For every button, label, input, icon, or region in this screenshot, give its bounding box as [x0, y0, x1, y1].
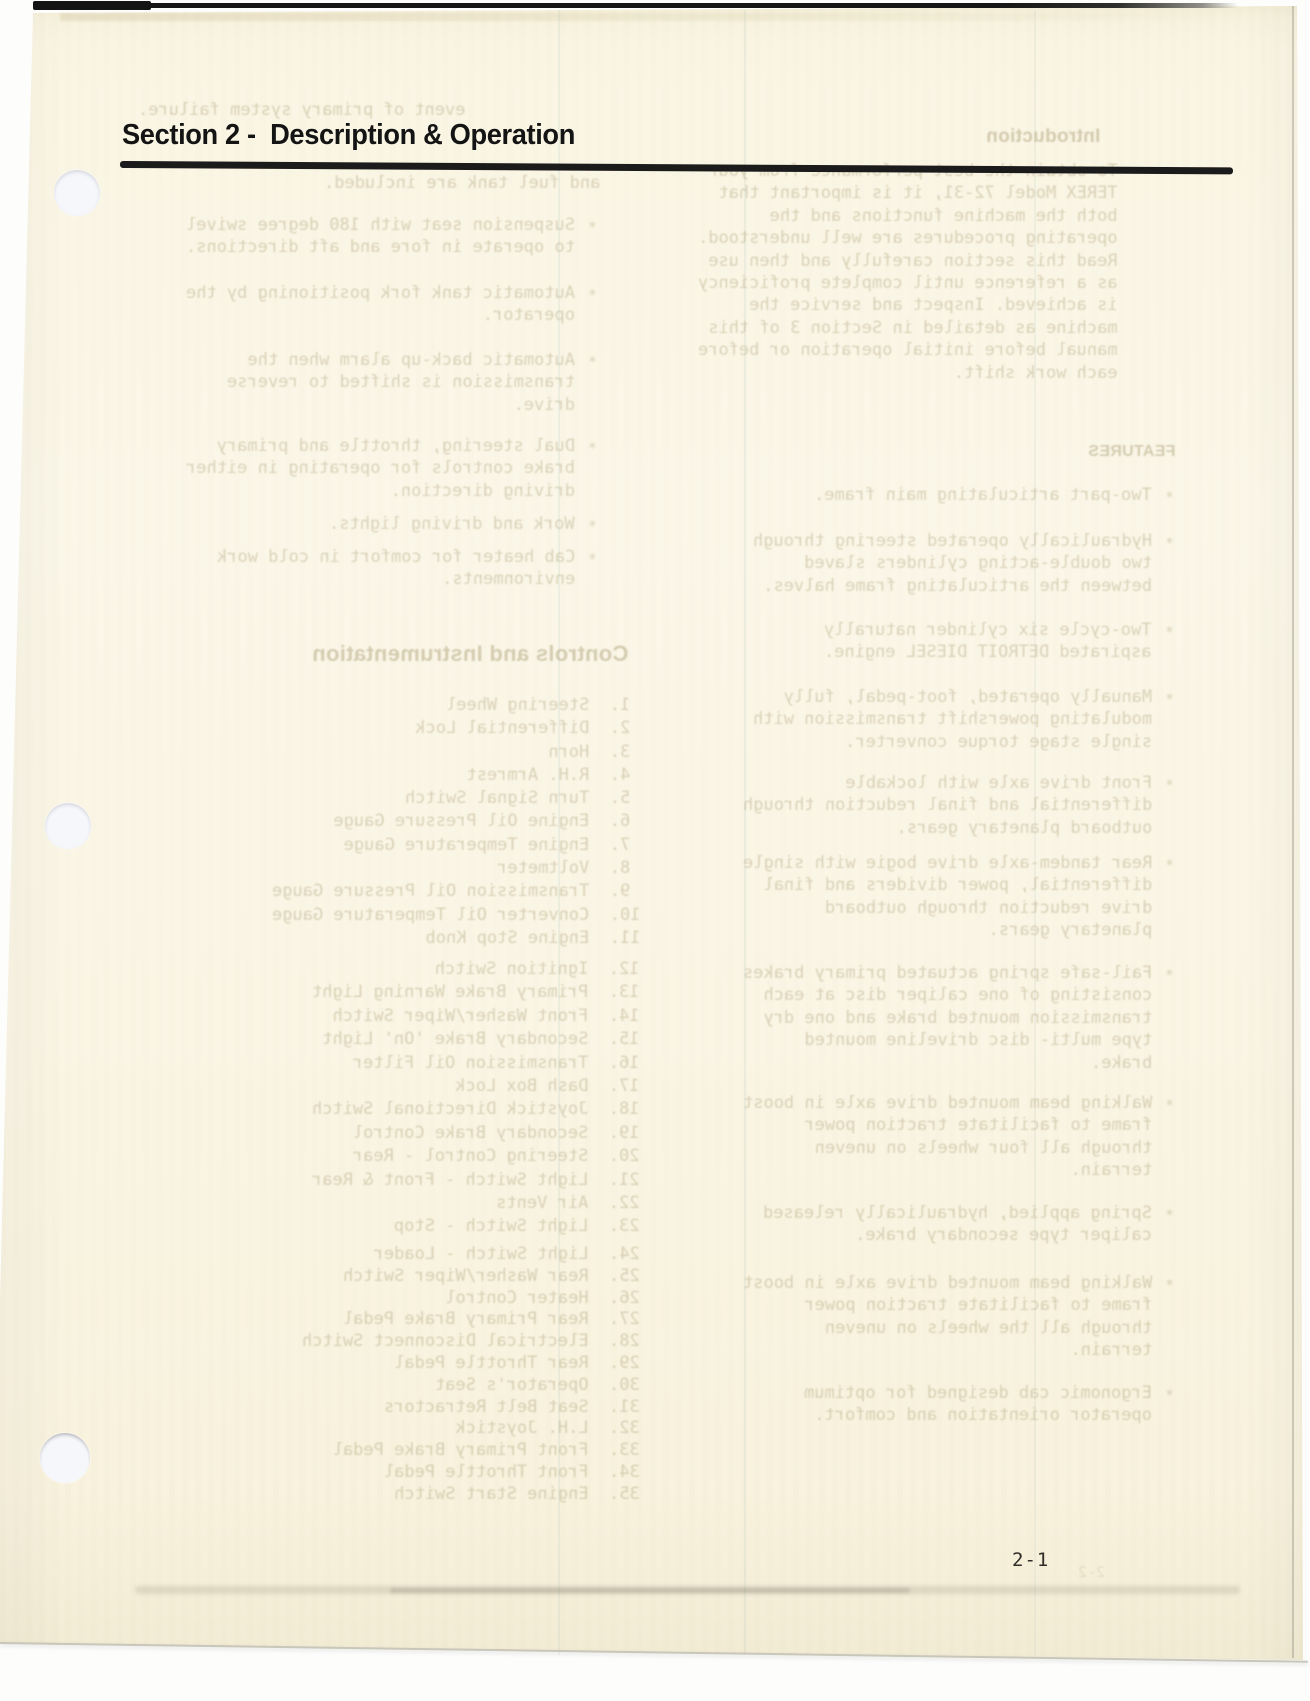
- bleedthrough-intro-heading: Introduction: [986, 126, 1100, 148]
- bleedthrough-feat-3: Two-cycle six cylinder naturally aspirat…: [824, 619, 1152, 664]
- bleedthrough-bullet-left-a: *: [588, 216, 597, 238]
- bleedthrough-bullet-feat-7: *: [1165, 964, 1174, 986]
- bleedthrough-cut-line-under-rule: and fuel tank are included.: [324, 172, 600, 194]
- paper-right-edge: [1292, 6, 1294, 1658]
- punch-hole-top: [54, 170, 100, 216]
- section-title: Section 2 - Description & Operation: [122, 119, 575, 152]
- bleedthrough-bullet-feat-5: *: [1165, 774, 1174, 796]
- bleedthrough-left-c: Automatic back-up alarm when the transmi…: [227, 349, 575, 416]
- bleedthrough-features-heading: FEATURES: [1088, 441, 1175, 463]
- bleedthrough-bullet-left-e: *: [588, 515, 597, 537]
- bleedthrough-feat-1: Two-part articulating main frame.: [814, 484, 1152, 506]
- bleedthrough-feat-10: Walking beam mounted drive axle in boost…: [743, 1272, 1152, 1362]
- bleedthrough-controls-heading: Controls and Instrumentation: [312, 643, 628, 665]
- bleedthrough-bullet-feat-11: *: [1165, 1384, 1174, 1406]
- bleedthrough-controls-list-2: 12. Ignition Switch 13. Primary Brake Wa…: [312, 958, 640, 1239]
- bleedthrough-left-e: Work and driving lights.: [329, 513, 575, 535]
- bleedthrough-bullet-feat-3: *: [1165, 621, 1174, 643]
- bleedthrough-controls-list-1: 1. Steering Wheel 2. Differential Lock 3…: [272, 694, 640, 950]
- bleedthrough-feat-9: Spring applied, hydraulically released c…: [763, 1202, 1152, 1247]
- bleedthrough-bullet-left-b: *: [588, 284, 597, 306]
- bleedthrough-feat-2: Hydraulically operated steering through …: [753, 530, 1152, 597]
- bleedthrough-bullet-left-f: *: [588, 548, 597, 570]
- bleedthrough-left-a: Suspension seat with 180 degree swivel t…: [186, 214, 575, 259]
- bleedthrough-feat-4: Manually operated, foot-pedal, fully mod…: [753, 686, 1152, 753]
- bleedthrough-feat-8: Walking beam mounted drive axle in boost…: [743, 1092, 1152, 1182]
- punch-hole-middle: [45, 803, 91, 849]
- bleedthrough-feat-6: Rear tandem-axle drive bogie with single…: [743, 852, 1152, 942]
- bleedthrough-feat-7: Fail-safe spring actuated primary brakes…: [743, 962, 1152, 1074]
- bleedthrough-bullet-feat-4: *: [1165, 688, 1174, 710]
- scan-artifact-bottom-streak-dark: [390, 1588, 910, 1593]
- scan-artifact-top-echo: [60, 13, 1240, 21]
- scanned-page: event of primary system failure.and fuel…: [0, 0, 1310, 1701]
- bleedthrough-controls-list-3: 24. Light Switch - Loader 25. Rear Washe…: [302, 1244, 640, 1506]
- punch-hole-bottom: [40, 1433, 90, 1483]
- bleedthrough-bullet-left-d: *: [588, 437, 597, 459]
- bleedthrough-bullet-feat-2: *: [1165, 532, 1174, 554]
- page-number: 2-1: [1012, 1549, 1049, 1571]
- bleedthrough-bullet-feat-1: *: [1165, 486, 1174, 508]
- bleedthrough-feat-5: Front drive axle with lockable different…: [743, 772, 1152, 839]
- bleedthrough-left-b: Automatic tank fork positioning by the o…: [186, 282, 575, 327]
- bleedthrough-bullet-feat-10: *: [1165, 1274, 1174, 1296]
- scan-artifact-top-bar-blob: [33, 1, 151, 10]
- bleedthrough-feat-11: Ergonomic cab designed for optimum opera…: [804, 1382, 1152, 1427]
- bleedthrough-bullet-feat-6: *: [1165, 854, 1174, 876]
- bleedthrough-intro-para: To obtain the best performance from your…: [698, 160, 1118, 384]
- bleedthrough-pagenum-ghost: 2-2: [1078, 1561, 1105, 1583]
- bleedthrough-left-f: Cab heater for comfort in cold work envi…: [217, 546, 575, 591]
- bleedthrough-bullet-feat-9: *: [1165, 1204, 1174, 1226]
- bleedthrough-left-d: Dual steering, throttle and primary brak…: [186, 435, 575, 502]
- bleedthrough-bullet-left-c: *: [588, 351, 597, 373]
- bleedthrough-bullet-feat-8: *: [1165, 1094, 1174, 1116]
- scan-artifact-top-bar: [33, 3, 1238, 8]
